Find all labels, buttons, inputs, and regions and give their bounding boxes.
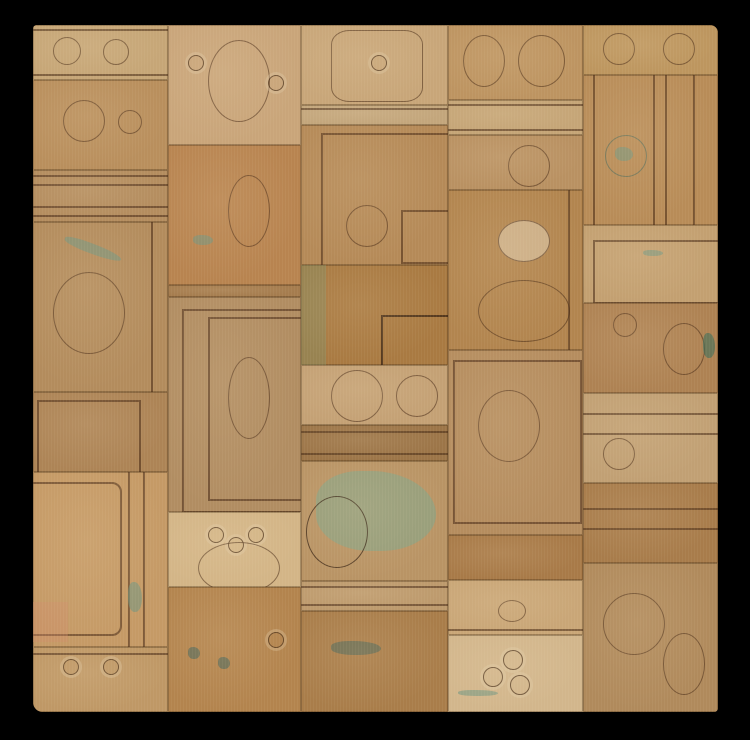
rug-patch — [301, 365, 448, 425]
rug-patch — [583, 225, 718, 303]
rug-patch — [583, 25, 718, 75]
rug-patch — [448, 190, 583, 350]
rug-patch — [583, 75, 718, 225]
rug-patch — [448, 580, 583, 635]
rug-patch — [301, 105, 448, 125]
rug-patch — [168, 145, 301, 285]
rug-patch — [33, 80, 168, 170]
rug-patch — [33, 392, 168, 472]
rug-patch — [448, 135, 583, 190]
patchwork-rug — [33, 25, 718, 712]
rug-patch — [168, 512, 301, 587]
rug-patch — [448, 535, 583, 580]
rug-patch — [33, 472, 168, 647]
rug-patch — [448, 350, 583, 535]
rug-patch — [301, 425, 448, 461]
rug-patch — [583, 303, 718, 393]
rug-patch — [33, 25, 168, 80]
rug-patch — [168, 587, 301, 712]
rug-patch — [583, 563, 718, 712]
rug-patch — [301, 461, 448, 581]
rug-patch — [301, 25, 448, 105]
rug-patch — [301, 265, 448, 365]
rug-patch — [168, 25, 301, 145]
rug-patch — [301, 125, 448, 265]
rug-patch — [301, 581, 448, 611]
rug-patch — [583, 393, 718, 483]
rug-patch — [448, 25, 583, 100]
rug-patch — [168, 285, 301, 297]
rug-patch — [33, 647, 168, 712]
rug-patch — [33, 222, 168, 392]
rug-patch — [33, 170, 168, 222]
rug-patch — [448, 100, 583, 135]
rug-patch — [583, 483, 718, 563]
rug-patch — [448, 635, 583, 712]
rug-patch — [168, 297, 301, 512]
rug-patch — [301, 611, 448, 712]
